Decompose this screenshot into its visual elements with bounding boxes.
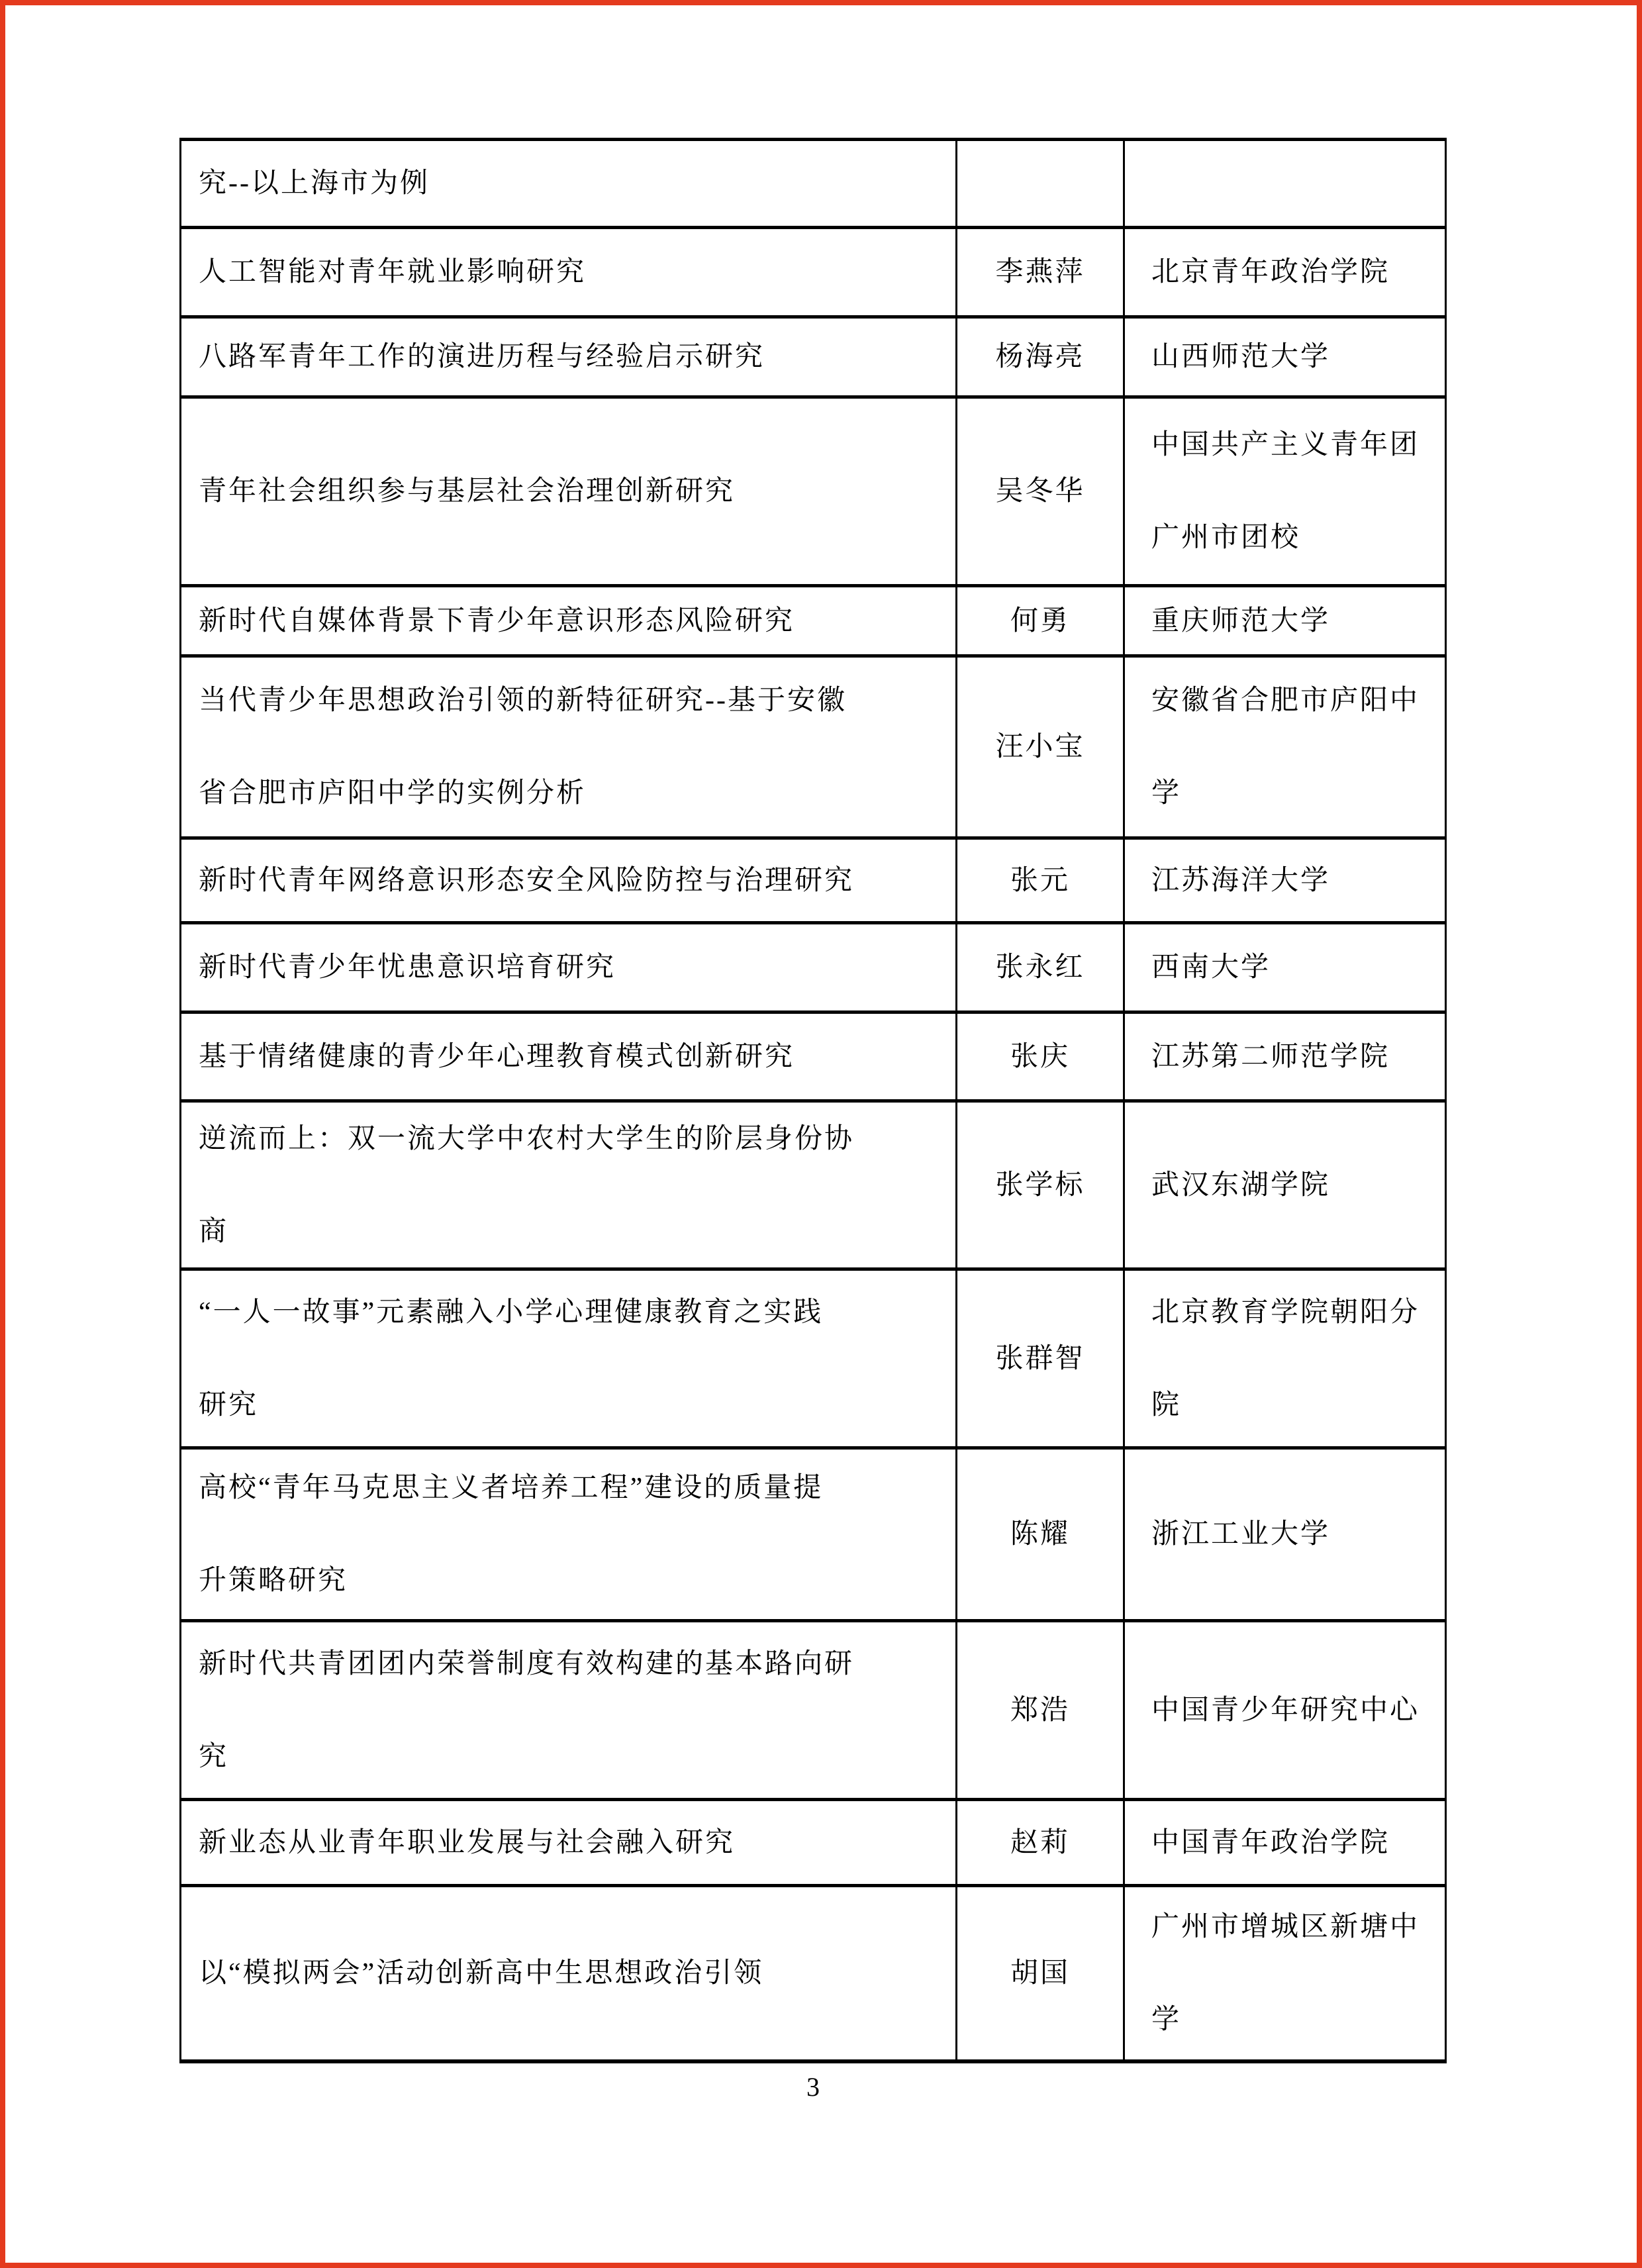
- table-row: 基于情绪健康的青少年心理教育模式创新研究 张庆 江苏第二师范学院: [181, 1014, 1445, 1103]
- page-number: 3: [179, 2071, 1447, 2103]
- table-row: 新时代青少年忧患意识培育研究 张永红 西南大学: [181, 924, 1445, 1014]
- institution-cell: 西南大学: [1125, 924, 1445, 1011]
- results-table: 究--以上海市为例 人工智能对青年就业影响研究 李燕萍 北京青年政治学院 八路军…: [179, 138, 1447, 2063]
- project-title-cell: 以“模拟两会”活动创新高中生思想政治引领: [181, 1887, 957, 2059]
- table-row: 青年社会组织参与基层社会治理创新研究 吴冬华 中国共产主义青年团 广州市团校: [181, 399, 1445, 587]
- table-row: 以“模拟两会”活动创新高中生思想政治引领 胡国 广州市增城区新塘中 学: [181, 1887, 1445, 2059]
- institution-cell: 广州市增城区新塘中 学: [1125, 1887, 1445, 2059]
- table-row: 新时代共青团团内荣誉制度有效构建的基本路向研 究 郑浩 中国青少年研究中心: [181, 1622, 1445, 1801]
- institution-cell: 北京青年政治学院: [1125, 229, 1445, 315]
- institution-cell: 中国共产主义青年团 广州市团校: [1125, 399, 1445, 584]
- table-row: 逆流而上：双一流大学中农村大学生的阶层身份协 商 张学标 武汉东湖学院: [181, 1103, 1445, 1271]
- table-row: 新时代自媒体背景下青少年意识形态风险研究 何勇 重庆师范大学: [181, 587, 1445, 658]
- applicant-name-cell: 李燕萍: [957, 229, 1125, 315]
- project-title-cell: “一人一故事”元素融入小学心理健康教育之实践 研究: [181, 1271, 957, 1446]
- institution-cell: 安徽省合肥市庐阳中 学: [1125, 658, 1445, 836]
- institution-cell: 浙江工业大学: [1125, 1450, 1445, 1619]
- project-title-cell: 人工智能对青年就业影响研究: [181, 229, 957, 315]
- applicant-name-cell: 何勇: [957, 587, 1125, 654]
- institution-cell: 重庆师范大学: [1125, 587, 1445, 654]
- applicant-name-cell: 张永红: [957, 924, 1125, 1011]
- applicant-name-cell: 郑浩: [957, 1622, 1125, 1798]
- institution-cell: 江苏第二师范学院: [1125, 1014, 1445, 1099]
- project-title-cell: 逆流而上：双一流大学中农村大学生的阶层身份协 商: [181, 1103, 957, 1267]
- project-title-cell: 高校“青年马克思主义者培养工程”建设的质量提 升策略研究: [181, 1450, 957, 1619]
- project-title-cell: 新业态从业青年职业发展与社会融入研究: [181, 1801, 957, 1884]
- applicant-name-cell: [957, 141, 1125, 226]
- institution-cell: 北京教育学院朝阳分 院: [1125, 1271, 1445, 1446]
- institution-cell: 中国青年政治学院: [1125, 1801, 1445, 1884]
- applicant-name-cell: 吴冬华: [957, 399, 1125, 584]
- institution-cell: [1125, 141, 1445, 226]
- applicant-name-cell: 汪小宝: [957, 658, 1125, 836]
- table-row: 新时代青年网络意识形态安全风险防控与治理研究 张元 江苏海洋大学: [181, 840, 1445, 924]
- table-row: 高校“青年马克思主义者培养工程”建设的质量提 升策略研究 陈耀 浙江工业大学: [181, 1450, 1445, 1622]
- project-title-cell: 新时代青年网络意识形态安全风险防控与治理研究: [181, 840, 957, 921]
- project-title-cell: 青年社会组织参与基层社会治理创新研究: [181, 399, 957, 584]
- table-row: 人工智能对青年就业影响研究 李燕萍 北京青年政治学院: [181, 229, 1445, 319]
- table-row: “一人一故事”元素融入小学心理健康教育之实践 研究 张群智 北京教育学院朝阳分 …: [181, 1271, 1445, 1450]
- applicant-name-cell: 陈耀: [957, 1450, 1125, 1619]
- applicant-name-cell: 胡国: [957, 1887, 1125, 2059]
- applicant-name-cell: 赵莉: [957, 1801, 1125, 1884]
- project-title-cell: 八路军青年工作的演进历程与经验启示研究: [181, 319, 957, 395]
- document-page: { "page": { "number": "3", "border_color…: [0, 0, 1642, 2268]
- project-title-cell: 基于情绪健康的青少年心理教育模式创新研究: [181, 1014, 957, 1099]
- table-row: 当代青少年思想政治引领的新特征研究--基于安徽 省合肥市庐阳中学的实例分析 汪小…: [181, 658, 1445, 840]
- institution-cell: 武汉东湖学院: [1125, 1103, 1445, 1267]
- applicant-name-cell: 张元: [957, 840, 1125, 921]
- applicant-name-cell: 杨海亮: [957, 319, 1125, 395]
- institution-cell: 中国青少年研究中心: [1125, 1622, 1445, 1798]
- institution-cell: 江苏海洋大学: [1125, 840, 1445, 921]
- project-title-cell: 究--以上海市为例: [181, 141, 957, 226]
- table-row: 八路军青年工作的演进历程与经验启示研究 杨海亮 山西师范大学: [181, 319, 1445, 399]
- table-row: 究--以上海市为例: [181, 141, 1445, 229]
- project-title-cell: 新时代自媒体背景下青少年意识形态风险研究: [181, 587, 957, 654]
- project-title-cell: 新时代共青团团内荣誉制度有效构建的基本路向研 究: [181, 1622, 957, 1798]
- project-title-cell: 当代青少年思想政治引领的新特征研究--基于安徽 省合肥市庐阳中学的实例分析: [181, 658, 957, 836]
- applicant-name-cell: 张群智: [957, 1271, 1125, 1446]
- institution-cell: 山西师范大学: [1125, 319, 1445, 395]
- project-title-cell: 新时代青少年忧患意识培育研究: [181, 924, 957, 1011]
- applicant-name-cell: 张庆: [957, 1014, 1125, 1099]
- table-row: 新业态从业青年职业发展与社会融入研究 赵莉 中国青年政治学院: [181, 1801, 1445, 1887]
- applicant-name-cell: 张学标: [957, 1103, 1125, 1267]
